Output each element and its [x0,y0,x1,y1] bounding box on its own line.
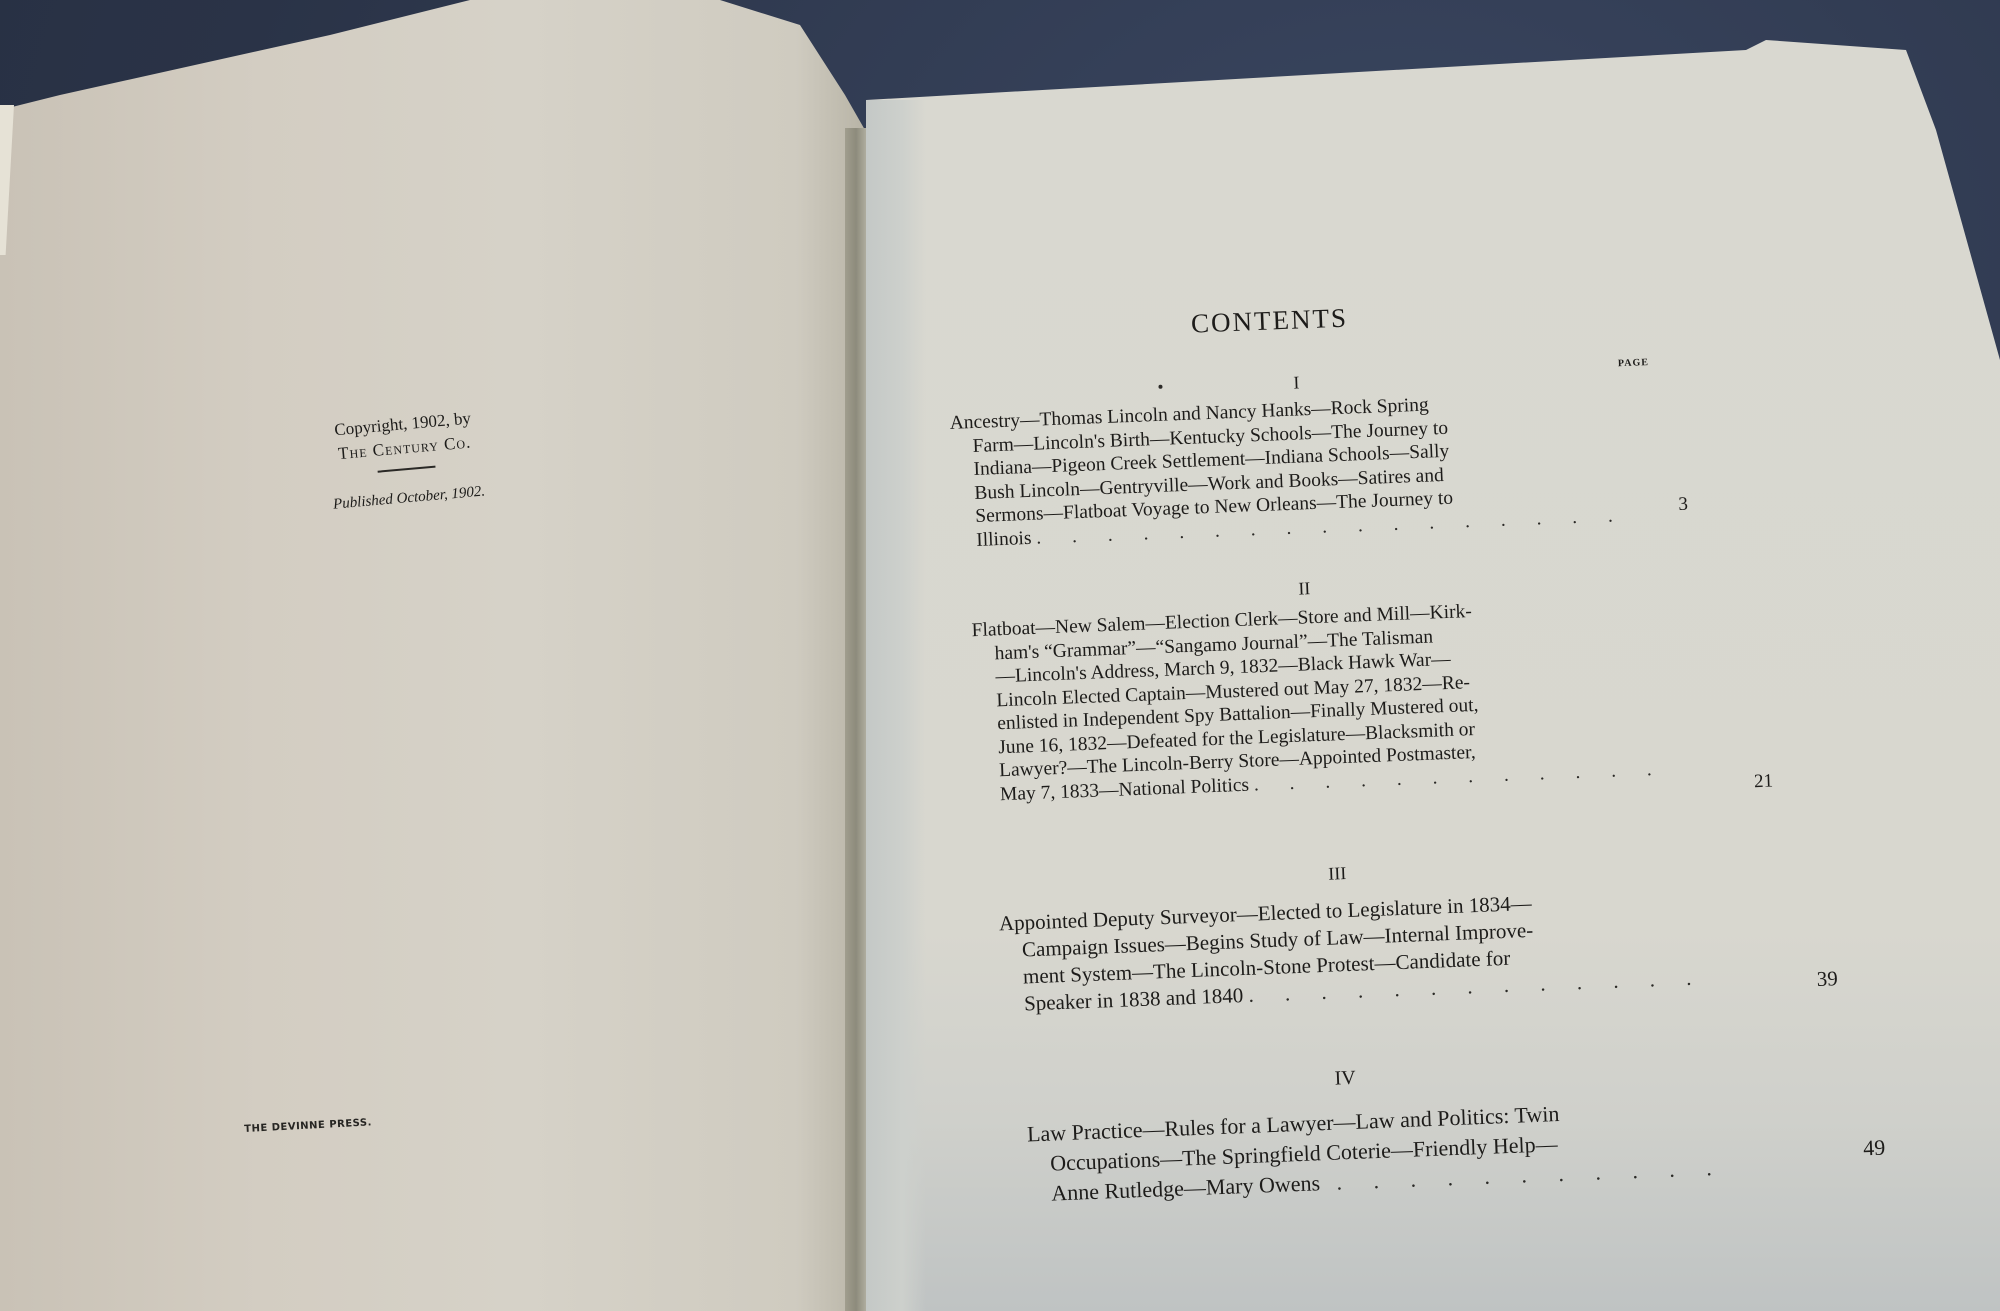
page-column-label: PAGE [1618,357,1649,369]
chapter-entry-2: Flatboat—New Salem—Election Clerk—Store … [971,592,1698,808]
chapter-entry-1: Ancestry—Thomas Lincoln and Nancy Hanks—… [949,387,1614,553]
book-gutter [845,128,867,1311]
chapter-numeral: III [1307,862,1368,885]
divider-rule [378,466,436,473]
page-number: 39 [1816,966,1838,992]
page-number: 21 [1754,771,1774,794]
chapter-numeral: IV [1315,1066,1376,1091]
page-title: CONTENTS [1191,303,1349,340]
left-page [0,0,865,1311]
chapter-numeral: I [1266,371,1327,394]
page-number: 49 [1863,1135,1886,1162]
copyright-notice: Copyright, 1902, by The Century Co. Publ… [292,403,520,520]
entry-line-text: Illinois [976,527,1032,550]
chapter-numeral: II [1274,577,1335,600]
right-page-fold [866,100,926,1311]
page-number: 3 [1678,494,1688,516]
